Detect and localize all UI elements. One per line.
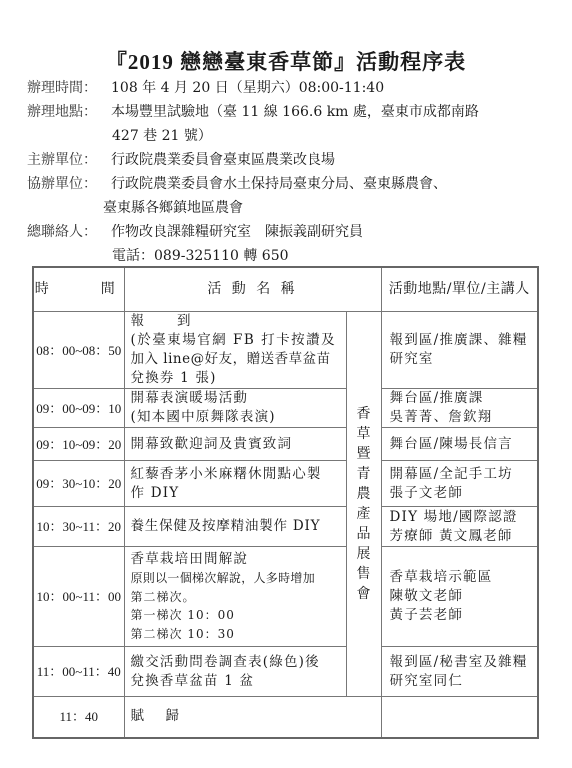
activity-line: 賦 歸 [131, 707, 378, 726]
header-time: 時 間 [33, 267, 124, 312]
location-line: 芳療師 黃文鳳老師 [390, 527, 536, 546]
location-line: 報到區/秘書室及雜糧 [390, 653, 536, 672]
location-line: 香草栽培示範區 [390, 568, 536, 587]
table-row: 11：00~11：40 繳交活動問卷調查表(綠色)後 兌換香草盆苗 1 盆 報到… [33, 647, 538, 697]
activity-line: 開幕致歡迎詞及貴賓致詞 [131, 435, 343, 454]
row-activity: 報 到 (於臺東場官網 FB 打卡按讚及 加入 line@好友，贈送香草盆苗 兌… [124, 312, 346, 389]
row-activity: 開幕表演暖場活動 (知本國中原舞隊表演) [124, 389, 346, 428]
row-time: 10：00~11：00 [33, 547, 124, 647]
row-activity: 紅藜香茅小米麻糬休閒點心製 作 DIY [124, 461, 346, 507]
table-row: 08：00~08：50 報 到 (於臺東場官網 FB 打卡按讚及 加入 line… [33, 312, 538, 389]
activity-line: 第一梯次 10：00 [131, 606, 343, 625]
activity-line: 香草栽培田間解說 [131, 550, 343, 569]
activity-line: 報 到 [131, 312, 343, 331]
row-time: 08：00~08：50 [33, 312, 124, 389]
info-organizer: 主辦單位：行政院農業委員會臺東區農業改良場 [27, 151, 335, 169]
activity-line: 作 DIY [131, 484, 343, 503]
info-location-label: 辦理地點： [27, 103, 111, 121]
info-co-organizer: 協辦單位：行政院農業委員會水土保持局臺東分局、臺東縣農會、 [27, 175, 447, 193]
info-contact-value: 作物改良課雜糧研究室 陳振義副研究員 [111, 224, 363, 240]
table-row: 11：40 賦 歸 [33, 697, 538, 738]
row-activity: 開幕致歡迎詞及貴賓致詞 [124, 428, 346, 461]
row-time: 09：30~10：20 [33, 461, 124, 507]
info-co-organizer-cont: 臺東縣各鄉鎮地區農會 [103, 199, 243, 217]
info-time-label: 辦理時間： [27, 79, 111, 97]
table-row: 10：00~11：00 香草栽培田間解說 原則以一個梯次解說，人多時增加 第二梯… [33, 547, 538, 647]
table-row: 09：00~09：10 開幕表演暖場活動 (知本國中原舞隊表演) 舞台區/推廣課… [33, 389, 538, 428]
row-time: 11：00~11：40 [33, 647, 124, 697]
table-row: 10：30~11：20 養生保健及按摩精油製作 DIY DIY 場地/國際認證 … [33, 507, 538, 547]
activity-line: 紅藜香茅小米麻糬休閒點心製 [131, 465, 343, 484]
location-line: 研究室同仁 [390, 672, 536, 691]
row-location: 香草栽培示範區 陳敬文老師 黃子芸老師 [381, 547, 538, 647]
row-time: 09：10~09：20 [33, 428, 124, 461]
info-time: 辦理時間：108 年 4 月 20 日（星期六）08:00-11:40 [27, 79, 384, 97]
location-line: 陳敬文老師 [390, 587, 536, 606]
activity-line: 第二梯次 10：30 [131, 625, 343, 644]
table-row: 09：10~09：20 開幕致歡迎詞及貴賓致詞 舞台區/陳場長信言 [33, 428, 538, 461]
activity-line: 兌換香草盆苗 1 盆 [131, 672, 343, 691]
info-location-cont: 427 巷 21 號） [112, 127, 212, 145]
row-time: 11：40 [33, 697, 124, 738]
activity-line: 開幕表演暖場活動 [131, 389, 343, 408]
location-line: 開幕區/全記手工坊 [390, 465, 536, 484]
location-line: 報到區/推廣課、雜糧 [390, 331, 536, 350]
info-contact-label: 總聯絡人： [27, 223, 111, 241]
location-line: 吳菁菁、詹欽翔 [390, 408, 536, 427]
row-time: 09：00~09：10 [33, 389, 124, 428]
row-location: 報到區/推廣課、雜糧 研究室 [381, 312, 538, 389]
row-location: 舞台區/陳場長信言 [381, 428, 538, 461]
header-location: 活動地點/單位/主講人 [381, 267, 538, 312]
page-title: 『2019 戀戀臺東香草節』活動程序表 [0, 46, 572, 76]
row-location: 報到區/秘書室及雜糧 研究室同仁 [381, 647, 538, 697]
row-location: 開幕區/全記手工坊 張子文老師 [381, 461, 538, 507]
info-contact: 總聯絡人：作物改良課雜糧研究室 陳振義副研究員 [27, 223, 363, 241]
merged-expo-label: 香草暨青農產品展售會 [356, 404, 372, 604]
row-location [381, 697, 538, 738]
info-location-value: 本場豐里試驗地（臺 11 線 166.6 km 處，臺東市成都南路 [111, 104, 479, 120]
schedule-table: 時 間 活 動 名 稱 活動地點/單位/主講人 08：00~08：50 報 到 … [32, 266, 539, 739]
info-co-organizer-label: 協辦單位： [27, 175, 111, 193]
activity-line: (於臺東場官網 FB 打卡按讚及 [131, 331, 343, 350]
activity-line: 加入 line@好友，贈送香草盆苗 [131, 350, 343, 369]
activity-line: 原則以一個梯次解說，人多時增加 [131, 569, 343, 588]
row-activity: 賦 歸 [124, 697, 381, 738]
info-location: 辦理地點：本場豐里試驗地（臺 11 線 166.6 km 處，臺東市成都南路 [27, 103, 479, 121]
location-line: 舞台區/陳場長信言 [390, 435, 536, 454]
info-time-value: 108 年 4 月 20 日（星期六）08:00-11:40 [111, 80, 384, 96]
row-activity: 繳交活動問卷調查表(綠色)後 兌換香草盆苗 1 盆 [124, 647, 346, 697]
location-line: 張子文老師 [390, 484, 536, 503]
info-co-organizer-value: 行政院農業委員會水土保持局臺東分局、臺東縣農會、 [111, 176, 447, 192]
row-time: 10：30~11：20 [33, 507, 124, 547]
activity-line: 兌換券 1 張) [131, 369, 343, 388]
info-organizer-value: 行政院農業委員會臺東區農業改良場 [111, 152, 335, 168]
info-contact-phone: 電話：089-325110 轉 650 [112, 247, 289, 265]
row-location: 舞台區/推廣課 吳菁菁、詹欽翔 [381, 389, 538, 428]
row-location: DIY 場地/國際認證 芳療師 黃文鳳老師 [381, 507, 538, 547]
row-activity: 香草栽培田間解說 原則以一個梯次解說，人多時增加 第二梯次。 第一梯次 10：0… [124, 547, 346, 647]
location-line: DIY 場地/國際認證 [390, 508, 536, 527]
merged-expo-cell: 香草暨青農產品展售會 [346, 312, 381, 697]
location-line: 舞台區/推廣課 [390, 389, 536, 408]
activity-line: 第二梯次。 [131, 588, 343, 607]
location-line: 黃子芸老師 [390, 606, 536, 625]
activity-line: 養生保健及按摩精油製作 DIY [131, 517, 343, 536]
activity-line: (知本國中原舞隊表演) [131, 408, 343, 427]
location-line: 研究室 [390, 350, 536, 369]
header-activity: 活 動 名 稱 [124, 267, 381, 312]
info-organizer-label: 主辦單位： [27, 151, 111, 169]
row-activity: 養生保健及按摩精油製作 DIY [124, 507, 346, 547]
table-header-row: 時 間 活 動 名 稱 活動地點/單位/主講人 [33, 267, 538, 312]
table-row: 09：30~10：20 紅藜香茅小米麻糬休閒點心製 作 DIY 開幕區/全記手工… [33, 461, 538, 507]
activity-line: 繳交活動問卷調查表(綠色)後 [131, 653, 343, 672]
